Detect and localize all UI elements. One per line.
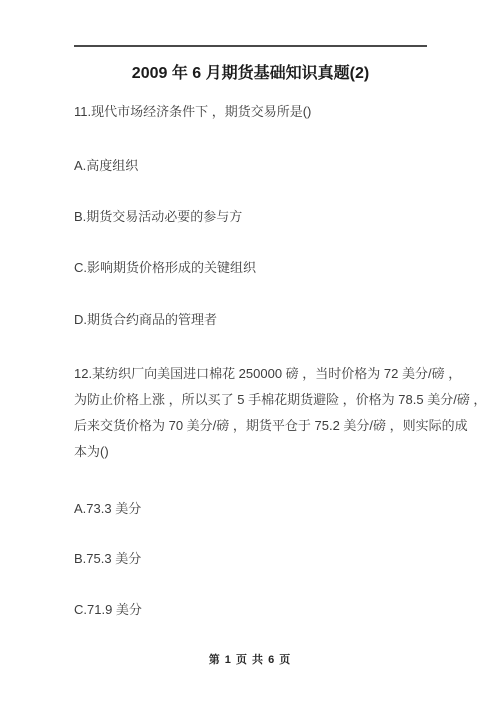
question-11-option-c: C.影响期货价格形成的关键组织 [74, 259, 256, 277]
question-11-option-d: D.期货合约商品的管理者 [74, 311, 217, 329]
question-12-text-line-3: 后来交货价格为 70 美分/磅 ，期货平仓于 75.2 美分/磅 ，则实际的成 [74, 417, 468, 435]
question-12-option-b: B.75.3 美分 [74, 550, 141, 568]
question-12-option-a: A.73.3 美分 [74, 500, 141, 518]
question-12-text-line-2: 为防止价格上涨 ，所以买了 5 手棉花期货避险 ，价格为 78.5 美分/磅 ， [74, 391, 486, 409]
page-number-footer: 第 1 页 共 6 页 [0, 652, 500, 668]
question-11-option-a: A.高度组织 [74, 157, 138, 175]
page-title: 2009 年 6 月期货基础知识真题(2) [54, 64, 447, 83]
question-12-text-line-4: 本为() [74, 443, 109, 461]
question-12-option-c: C.71.9 美分 [74, 601, 142, 619]
question-12-text-line-1: 12.某纺织厂向美国进口棉花 250000 磅 ，当时价格为 72 美分/磅 ， [74, 365, 461, 383]
question-11-text: 11.现代市场经济条件下 ，期货交易所是() [74, 103, 311, 121]
document-page: 2009 年 6 月期货基础知识真题(2) 11.现代市场经济条件下 ，期货交易… [0, 0, 500, 707]
header-divider-line [74, 45, 427, 47]
question-11-option-b: B.期货交易活动必要的参与方 [74, 208, 242, 226]
